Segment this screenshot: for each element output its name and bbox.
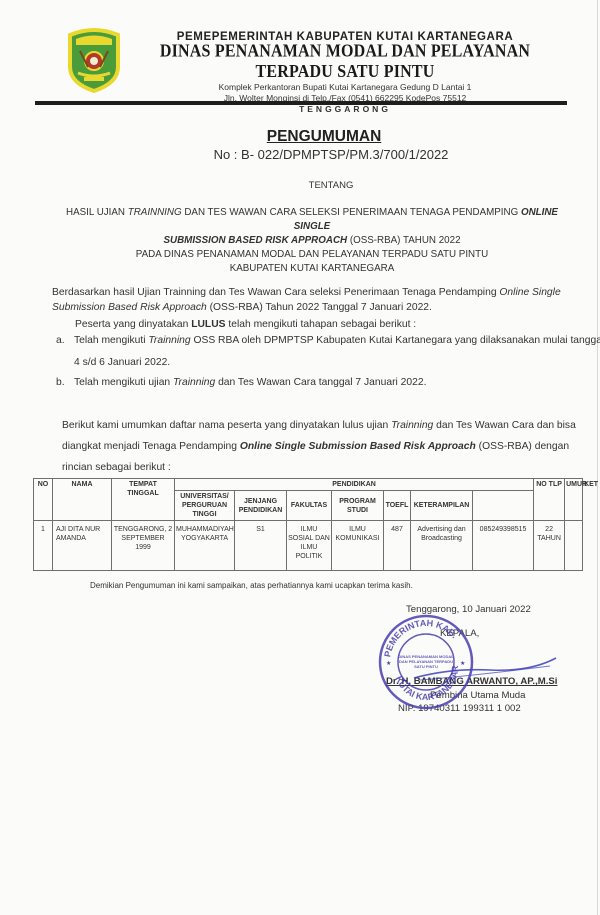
letterhead-agency: DINAS PENANAMAN MODAL DAN PELAYANAN TERP…: [130, 41, 560, 82]
intro-paragraph: Berdasarkan hasil Ujian Trainning dan Te…: [52, 285, 562, 315]
cell-tempat-tinggal: TENGGARONG, 2 SEPTEMBER 1999: [112, 521, 175, 571]
header-keterampilan: KETERAMPILAN: [411, 491, 473, 521]
document-number: No : B- 022/DPMPTSP/PM.3/700/1/2022: [0, 147, 600, 162]
cell-keterampilan: Advertising dan Broadcasting: [411, 521, 473, 571]
results-table: NO NAMA TEMPAT TINGGAL PENDIDIKAN NO TLP…: [33, 478, 583, 571]
header-fakultas: FAKULTAS: [287, 491, 332, 521]
svg-text:★: ★: [386, 660, 391, 667]
cell-program-studi: ILMU KOMUNIKASI: [332, 521, 384, 571]
header-tempat-tinggal: TEMPAT TINGGAL: [112, 479, 175, 521]
cell-no-tlp: 085249398515: [473, 521, 534, 571]
document-subject: HASIL UJIAN TRAINNING DAN TES WAWAN CARA…: [62, 206, 562, 276]
header-universitas: UNIVERSITAS/ PERGURUAN TINGGI: [175, 491, 235, 521]
header-toefl: TOEFL: [384, 491, 411, 521]
header-no: NO: [34, 479, 53, 521]
letterhead-city: TENGGARONG: [130, 104, 560, 114]
header-pendidikan: PENDIDIKAN: [175, 479, 534, 491]
table-row: 1 AJI DITA NUR AMANDA TENGGARONG, 2 SEPT…: [34, 521, 583, 571]
cell-no: 1: [34, 521, 53, 571]
cell-jenjang: S1: [235, 521, 287, 571]
cell-nama: AJI DITA NUR AMANDA: [53, 521, 112, 571]
official-stamp-icon: PEMERINTAH KAB. KUTAI KARTANEGARA DINAS …: [376, 612, 476, 712]
header-jenjang: JENJANG PENDIDIKAN: [235, 491, 287, 521]
svg-text:PEMERINTAH KAB.: PEMERINTAH KAB.: [382, 618, 459, 658]
cell-ket: [565, 521, 583, 571]
letterhead-address: Komplek Perkantoran Bupati Kutai Kartane…: [130, 82, 560, 92]
svg-text:★: ★: [460, 660, 465, 667]
svg-text:SATU PINTU: SATU PINTU: [414, 664, 438, 669]
passed-statement: Peserta yang dinyatakan LULUS telah meng…: [75, 317, 555, 332]
closing-statement: Demikian Pengumuman ini kami sampaikan, …: [90, 581, 413, 590]
header-umur: UMUR: [565, 479, 583, 521]
cell-umur: 22 TAHUN: [534, 521, 565, 571]
subject-label: TENTANG: [0, 180, 600, 191]
header-no-tlp: NO TLP: [534, 479, 565, 521]
letterhead-divider: [35, 101, 567, 105]
cell-toefl: 487: [384, 521, 411, 571]
document-title: PENGUMUMAN: [0, 128, 600, 146]
header-program-studi: PROGRAM STUDI: [332, 491, 384, 521]
results-intro: Berikut kami umumkan daftar nama peserta…: [62, 415, 592, 478]
header-nama: NAMA: [53, 479, 112, 521]
announcement-page: PEMEPEMERINTAH KABUPATEN KUTAI KARTANEGA…: [0, 0, 600, 915]
cell-universitas: MUHAMMADIYAH YOGYAKARTA: [175, 521, 235, 571]
cell-fakultas: ILMU SOSIAL DAN ILMU POLITIK: [287, 521, 332, 571]
kutai-kartanegara-emblem-icon: [66, 27, 122, 93]
